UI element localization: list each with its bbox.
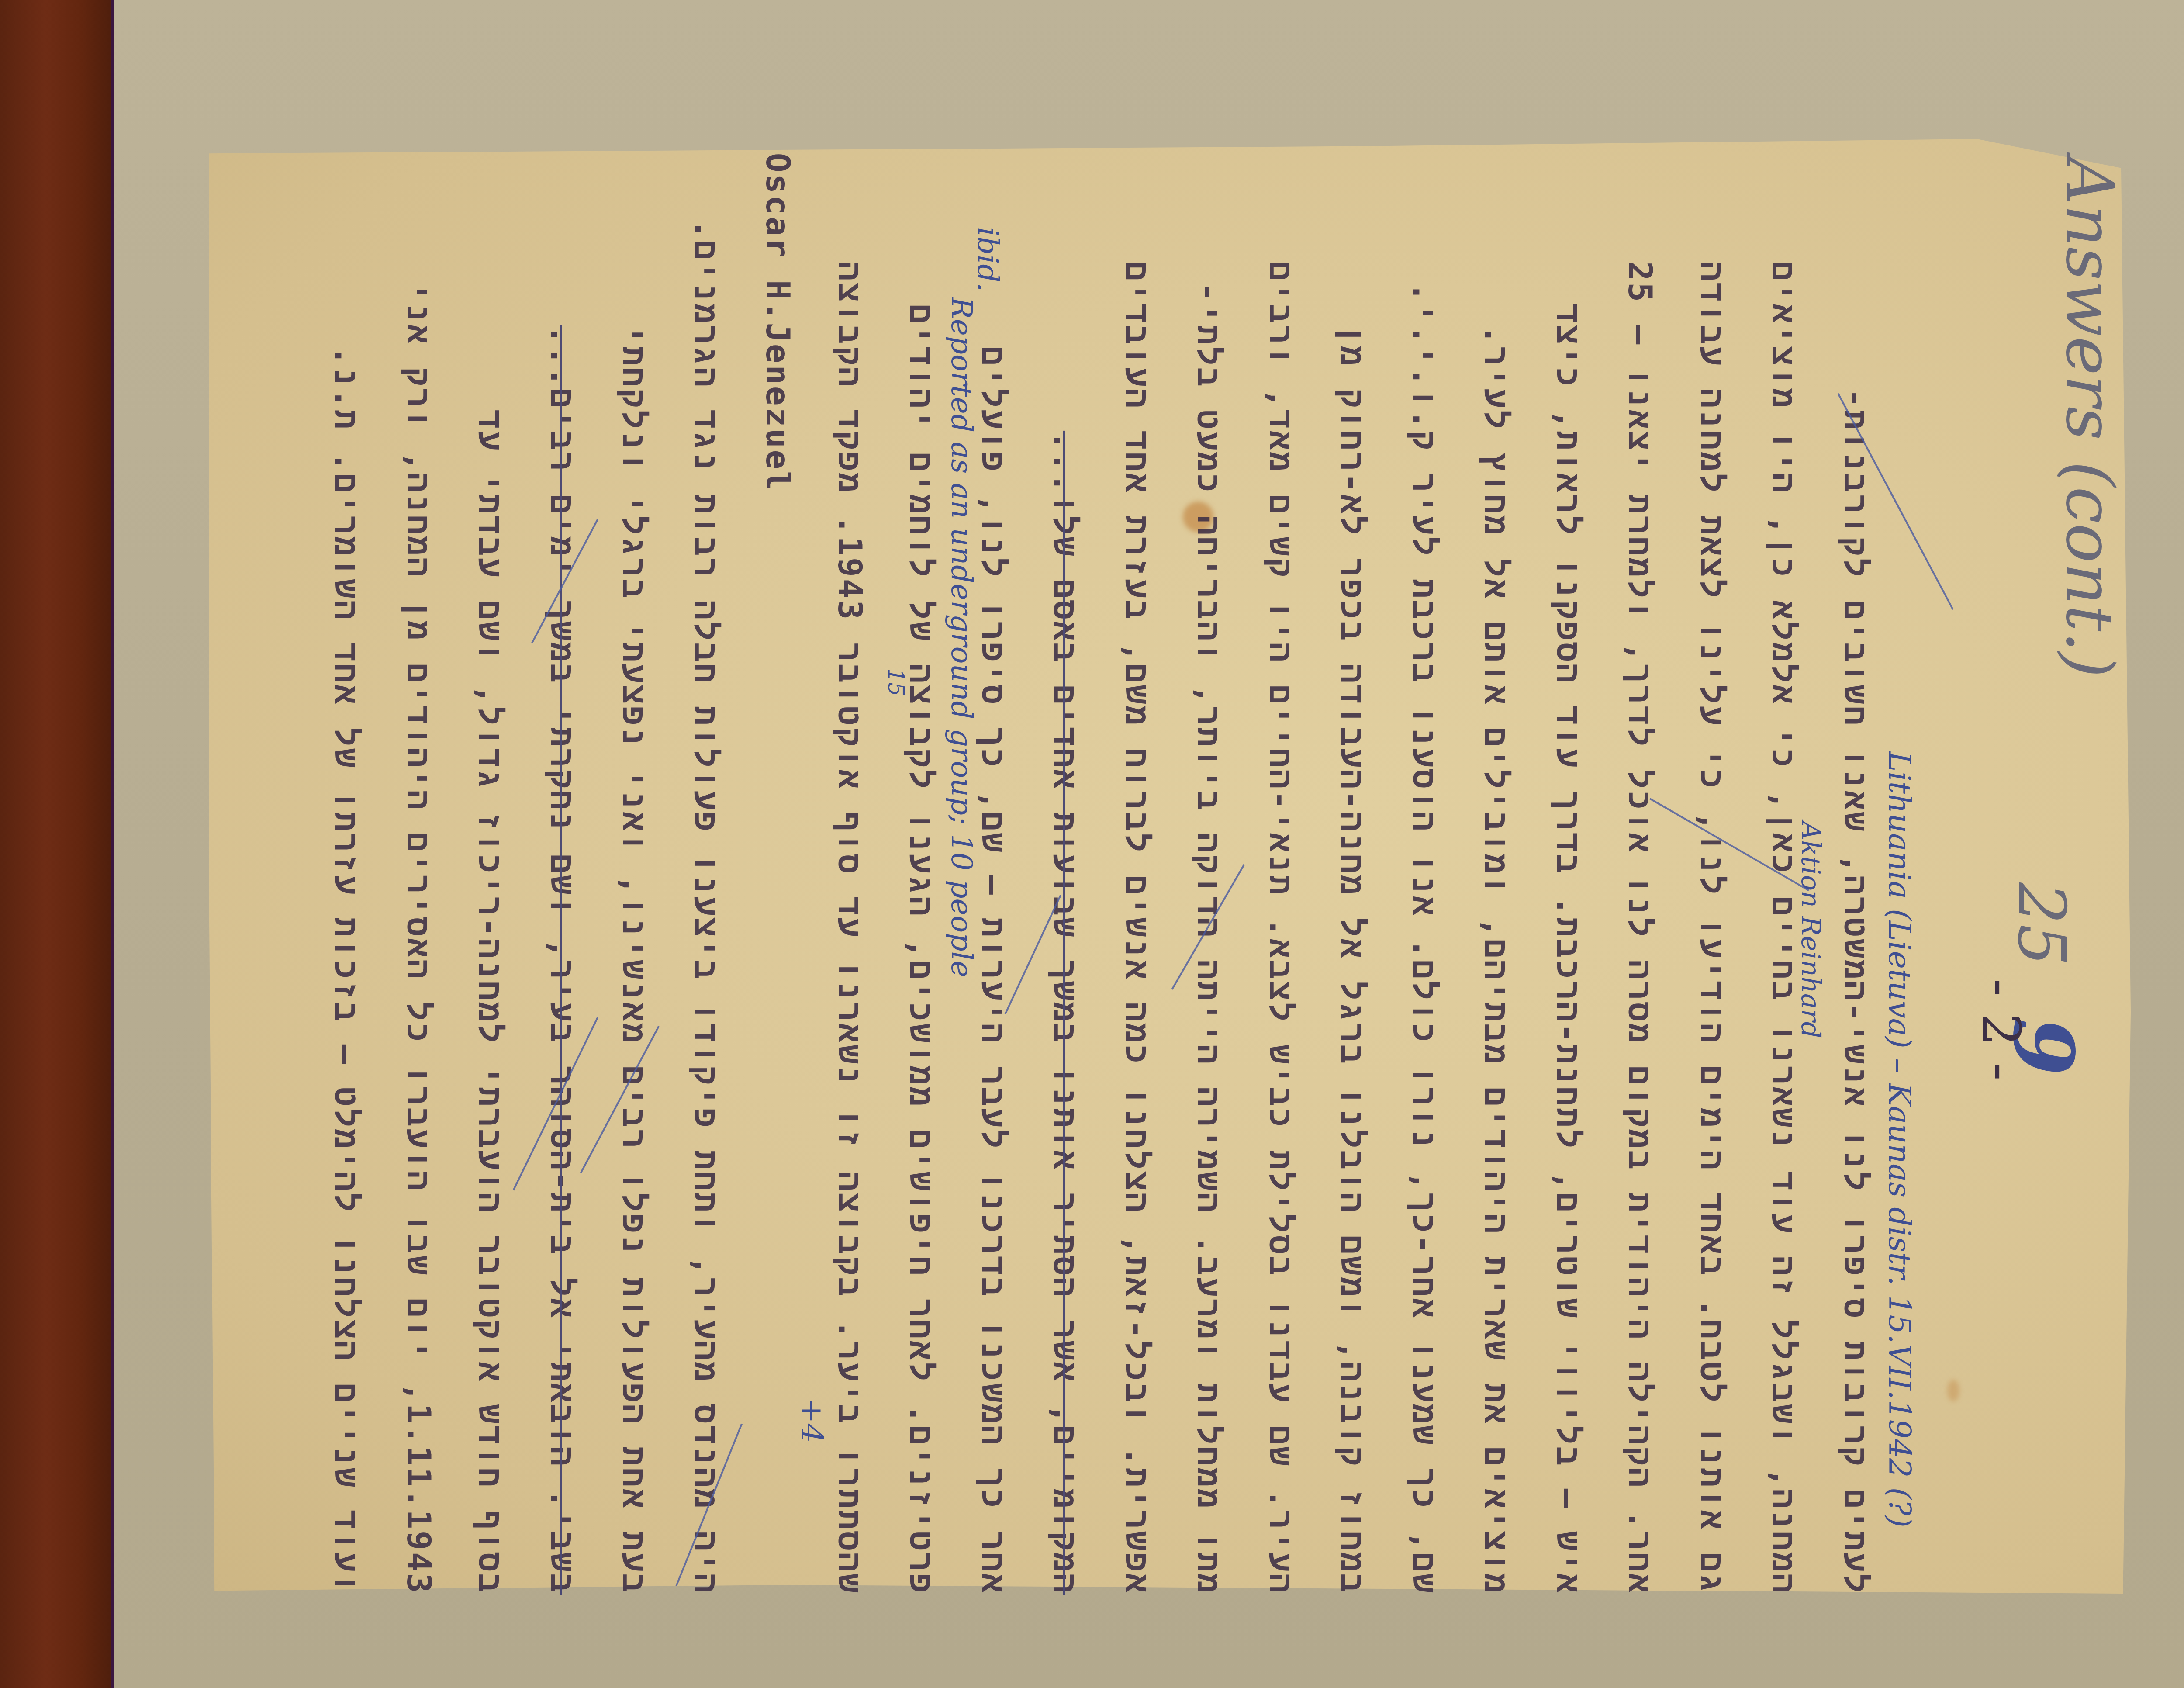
typed-line: בעת אחת הפעולות נפלו רבים מאנשינו, ואני … <box>598 153 670 1595</box>
typed-line: היה מהנדס מהעיר, ותחת פיקודו ביצענו פעול… <box>670 153 742 1595</box>
typed-line: גם אותנו לטבח. באחד הימים הודיעו לנו, כי… <box>1676 153 1748 1595</box>
typed-line: ועוד שניים הצלחנו להימלט – בזכות עזרתו ש… <box>311 153 383 1595</box>
handwritten-margin-note: Lithuania (Lietuva) – Kaunas distr. 15.V… <box>1882 751 1918 1528</box>
typed-text-block: לעתים קרובות סיפרו לנו אנשי-המשטרה, שאנו… <box>310 153 1891 1595</box>
handwritten-interlinear-note: Aktion Reinhard <box>1795 821 1826 1038</box>
typed-line: אפשרית. ובכל-זאת, הצלחנו כמה אנשים לברוח… <box>1101 153 1173 1595</box>
typed-line-struck: בשבי. הובאתי אל בית-הסוהר בעיר, ושם נחקר… <box>526 153 598 1595</box>
numeral-note: +4 <box>794 1398 830 1443</box>
typed-line-struck: המקומיים, אשר הסתיר אותנו במשך שבועות אח… <box>1029 153 1101 1595</box>
typed-line: במחוז קובנה, ומשם הובלנו ברגל אל מחנה-הע… <box>1317 153 1389 1595</box>
page-label: - 2 - <box>1970 979 2031 1081</box>
handwritten-ibid-note: ibid. <box>971 227 1005 292</box>
typed-line: אחר. הקהילה היהודית במקום מסרה לנו אוכל … <box>1604 153 1676 1595</box>
typed-line: העיר. שם עבדנו בסלילת כביש לצבא. תנאי-הח… <box>1245 153 1317 1595</box>
typed-line-name: Oscar H.Jenezuel <box>742 153 814 1595</box>
typed-line: לעתים קרובות סיפרו לנו אנשי-המשטרה, שאנו… <box>1820 153 1892 1595</box>
typed-line: בסוף חודש אוקטובר הועברתי למחנה-ריכוז גד… <box>454 153 526 1595</box>
typed-line: שהסתתרו ביער. בקבוצה זו נשארנו עד סוף או… <box>814 153 886 1595</box>
rust-stain <box>1947 1380 1959 1401</box>
wooden-frame-edge <box>0 0 114 1688</box>
typed-line: שם, כך שמענו אחר-כך, נורו כולם. אנו הוסע… <box>1389 153 1461 1595</box>
typed-line: איש – בליווי שוטרים, לתחנת-הרכבת. בדרך ע… <box>1532 153 1604 1595</box>
handwritten-page-number: 25 <box>2003 882 2079 966</box>
typed-line: מוציאים את שארית היהודים מבתיהם, ומובילי… <box>1460 153 1532 1595</box>
handwritten-middle-note: Reported as an underground group; 10 peo… <box>945 297 978 978</box>
figure-marker: 15 <box>883 668 909 696</box>
typed-line: מתו ממחלות ומרעב. השמירה הייתה הדוקה ביו… <box>1173 153 1245 1595</box>
handwritten-title: Answers (cont.) <box>2051 157 2127 678</box>
typed-line: 1.11.1943, יום שבו הועברו כל האסירים היה… <box>383 153 455 1595</box>
